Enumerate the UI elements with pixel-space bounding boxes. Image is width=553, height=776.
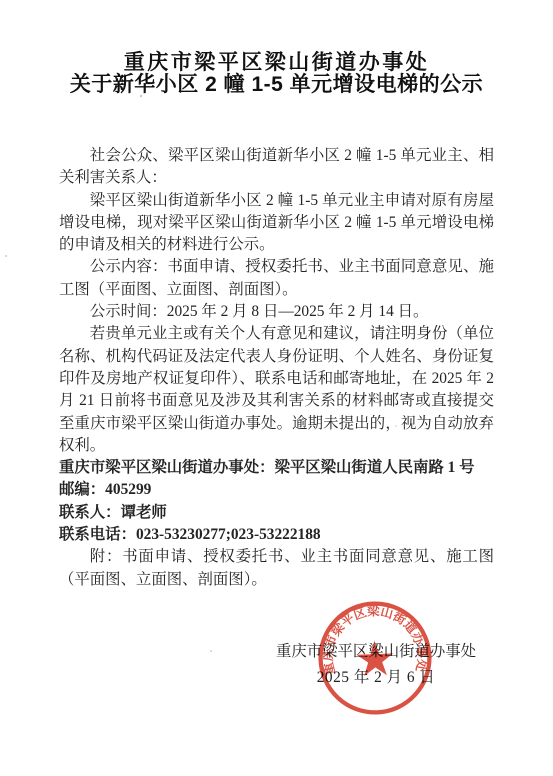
notice-content-paragraph: 公示内容：书面申请、授权委托书、业主书面同意意见、施工图（平面图、立面图、剖面图… bbox=[59, 256, 494, 301]
official-seal-stamp: 重庆市梁平区梁山街道办事处 bbox=[313, 596, 437, 720]
contact-phone-line: 联系电话：023-53230277;023-53222188 bbox=[59, 524, 494, 546]
notice-page: 重庆市梁平区梁山街道办事处 关于新华小区 2 幢 1-5 单元增设电梯的公示 社… bbox=[0, 0, 553, 776]
document-body: 社会公众、梁平区梁山街道新华小区 2 幢 1-5 单元业主、相关利害关系人： 梁… bbox=[59, 145, 494, 591]
title-line-2: 关于新华小区 2 幢 1-5 单元增设电梯的公示 bbox=[0, 74, 553, 96]
scan-speckles bbox=[140, 95, 142, 97]
contact-person-line: 联系人：谭老师 bbox=[59, 502, 494, 524]
application-paragraph: 梁平区梁山街道新华小区 2 幢 1-5 单元业主申请对原有房屋增设电梯，现对梁平… bbox=[59, 190, 494, 257]
title-line-1: 重庆市梁平区梁山街道办事处 bbox=[0, 52, 553, 74]
document-title: 重庆市梁平区梁山街道办事处 关于新华小区 2 幢 1-5 单元增设电梯的公示 bbox=[0, 52, 553, 96]
notice-period-paragraph: 公示时间：2025 年 2 月 8 日—2025 年 2 月 14 日。 bbox=[59, 301, 494, 323]
attachment-line: 附：书面申请、授权委托书、业主书面同意意见、施工图（平面图、立面图、剖面图）。 bbox=[59, 546, 494, 591]
salutation-paragraph: 社会公众、梁平区梁山街道新华小区 2 幢 1-5 单元业主、相关利害关系人： bbox=[59, 145, 494, 190]
postal-code-line: 邮编：405299 bbox=[59, 479, 494, 501]
objection-instructions-paragraph: 若贵单元业主或有关个人有意见和建议，请注明身份（单位名称、机构代码证及法定代表人… bbox=[59, 323, 494, 457]
seal-star-icon bbox=[356, 640, 394, 676]
office-address-line: 重庆市梁平区梁山街道办事处：梁平区梁山街道人民南路 1 号 bbox=[59, 457, 494, 479]
